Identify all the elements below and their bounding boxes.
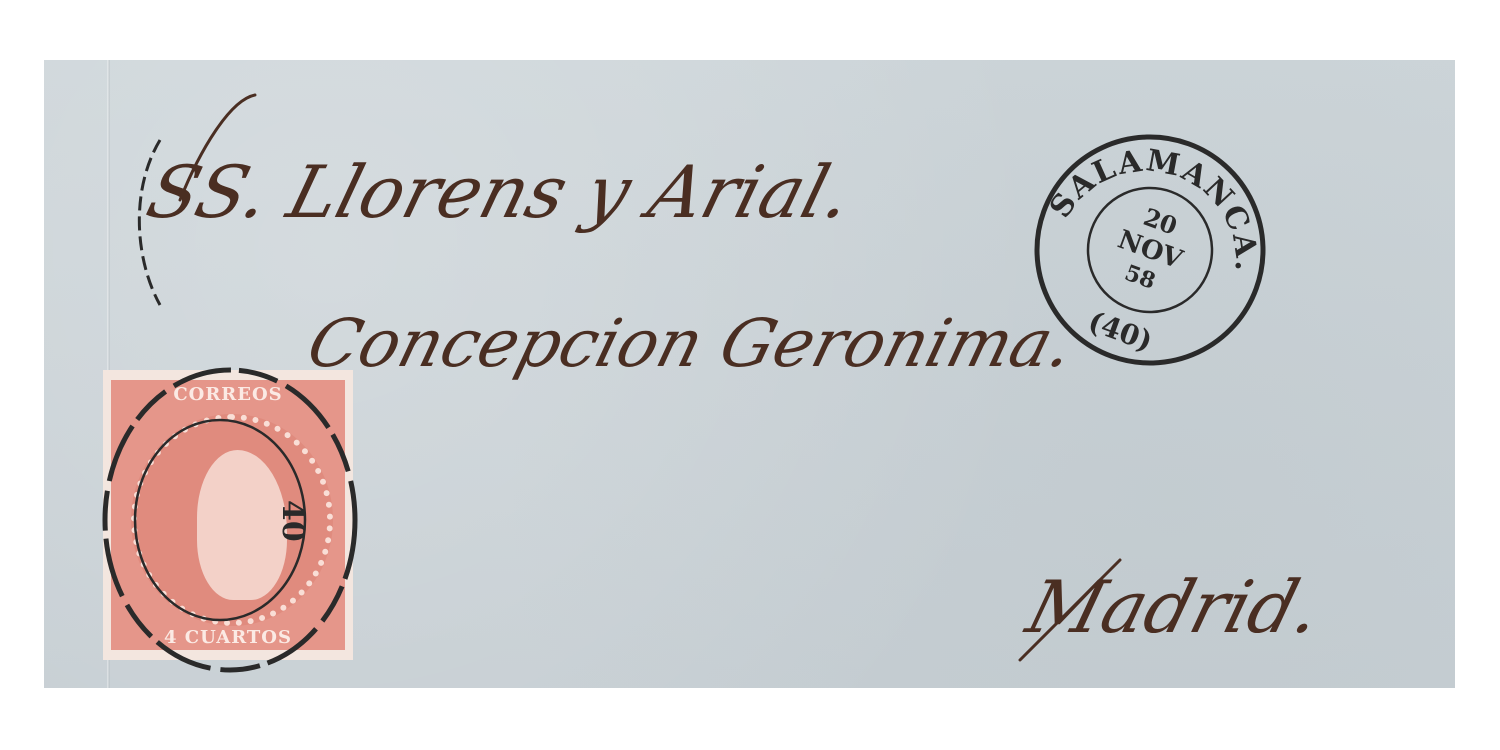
cancel-numeral: 40	[275, 500, 310, 542]
address-line-3: Madrid.	[1019, 565, 1331, 649]
address-line-2: Concepcion Geronima.	[300, 305, 1083, 382]
stamp-cancel: 40	[105, 370, 355, 670]
address-line-1: SS. Llorens y Arial.	[139, 150, 861, 234]
